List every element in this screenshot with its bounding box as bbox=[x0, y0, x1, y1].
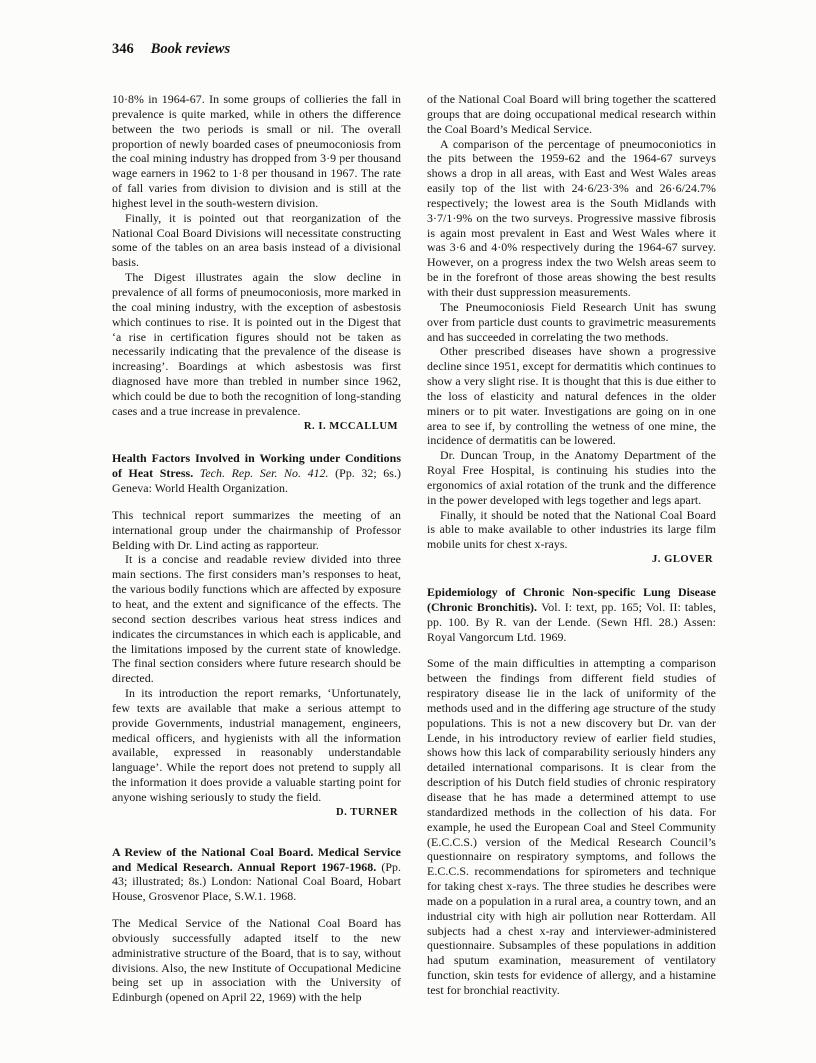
paragraph: The Pneumoconiosis Field Research Unit h… bbox=[427, 300, 716, 345]
paragraph: Other prescribed diseases have shown a p… bbox=[427, 344, 716, 448]
paragraph: The Digest illustrates again the slow de… bbox=[112, 270, 401, 418]
running-head: 346 Book reviews bbox=[112, 41, 230, 57]
review-title: Epidemiology of Chronic Non-specific Lun… bbox=[427, 585, 716, 644]
text-columns: 10·8% in 1964-67. In some groups of coll… bbox=[112, 92, 716, 1005]
paragraph: Finally, it is pointed out that reorgani… bbox=[112, 211, 401, 270]
review-title: A Review of the National Coal Board. Med… bbox=[112, 845, 401, 904]
reviewer-signature: R. I. MCCALLUM bbox=[112, 420, 401, 435]
review-ncb-continuation: of the National Coal Board will bring to… bbox=[427, 92, 716, 568]
paragraph: Finally, it should be noted that the Nat… bbox=[427, 508, 716, 553]
paragraph: 10·8% in 1964-67. In some groups of coll… bbox=[112, 92, 401, 211]
reviewer-signature: D. TURNER bbox=[112, 806, 401, 821]
review-digest-continuation: 10·8% in 1964-67. In some groups of coll… bbox=[112, 92, 401, 434]
paragraph: It is a concise and readable review divi… bbox=[112, 552, 401, 686]
left-column: 10·8% in 1964-67. In some groups of coll… bbox=[112, 92, 401, 1005]
paragraph: Dr. Duncan Troup, in the Anatomy Departm… bbox=[427, 448, 716, 507]
review-title-series: Tech. Rep. Ser. No. 412. bbox=[200, 466, 329, 480]
section-title: Book reviews bbox=[151, 41, 230, 57]
journal-page: 346 Book reviews 10·8% in 1964-67. In so… bbox=[0, 0, 816, 1063]
review-title-bold: A Review of the National Coal Board. Med… bbox=[112, 845, 401, 874]
right-column: of the National Coal Board will bring to… bbox=[427, 92, 716, 1005]
paragraph: In its introduction the report remarks, … bbox=[112, 686, 401, 805]
review-ncb-annual-report: A Review of the National Coal Board. Med… bbox=[112, 845, 401, 1005]
paragraph: This technical report summarizes the mee… bbox=[112, 508, 401, 553]
reviewer-signature: J. GLOVER bbox=[427, 553, 716, 568]
review-title: Health Factors Involved in Working under… bbox=[112, 451, 401, 496]
paragraph: Some of the main difficulties in attempt… bbox=[427, 656, 716, 997]
paragraph: of the National Coal Board will bring to… bbox=[427, 92, 716, 137]
paragraph: The Medical Service of the National Coal… bbox=[112, 916, 401, 1005]
paragraph: A comparison of the percentage of pneumo… bbox=[427, 137, 716, 300]
page-number: 346 bbox=[112, 41, 134, 57]
review-epidemiology: Epidemiology of Chronic Non-specific Lun… bbox=[427, 585, 716, 998]
review-heat-stress: Health Factors Involved in Working under… bbox=[112, 451, 401, 820]
